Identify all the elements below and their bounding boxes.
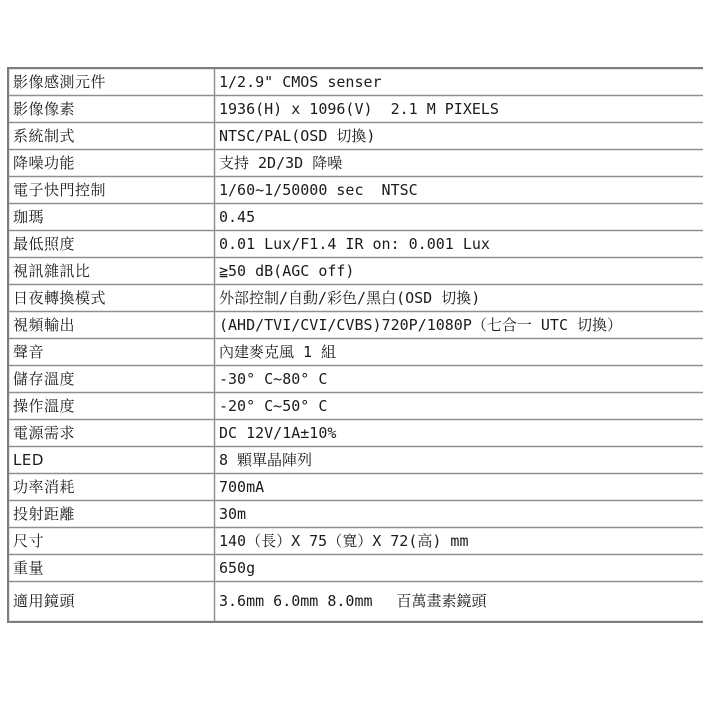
spec-label: 功率消耗 <box>8 474 215 501</box>
camera-spec-table: 影像感測元件1/2.9" CMOS senser影像像素1936(H) x 10… <box>7 67 703 623</box>
spec-value: 1936(H) x 1096(V) 2.1 M PIXELS <box>215 96 703 123</box>
table-row: 投射距離30m <box>8 501 703 528</box>
spec-value: 700mA <box>215 474 703 501</box>
table-row: 降噪功能支持 2D/3D 降噪 <box>8 150 703 177</box>
spec-label: 最低照度 <box>8 231 215 258</box>
spec-label: 視訊雜訊比 <box>8 258 215 285</box>
table-row: 尺寸140（長）X 75（寬）X 72(高) mm <box>8 528 703 555</box>
spec-value: 1/2.9" CMOS senser <box>215 68 703 96</box>
spec-value: 140（長）X 75（寬）X 72(高) mm <box>215 528 703 555</box>
spec-label: 影像感測元件 <box>8 68 215 96</box>
table-row: 重量650g <box>8 555 703 582</box>
spec-label: 重量 <box>8 555 215 582</box>
table-row: 適用鏡頭3.6mm 6.0mm 8.0mm 百萬畫素鏡頭 <box>8 582 703 623</box>
spec-label: 儲存溫度 <box>8 366 215 393</box>
spec-label: 降噪功能 <box>8 150 215 177</box>
table-row: 電源需求DC 12V/1A±10% <box>8 420 703 447</box>
table-row: 日夜轉換模式外部控制/自動/彩色/黑白(OSD 切換) <box>8 285 703 312</box>
spec-value: ≧50 dB(AGC off) <box>215 258 703 285</box>
table-row: 視頻輸出(AHD/TVI/CVI/CVBS)720P/1080P（七合一 UTC… <box>8 312 703 339</box>
table-row: 視訊雜訊比≧50 dB(AGC off) <box>8 258 703 285</box>
spec-value: DC 12V/1A±10% <box>215 420 703 447</box>
spec-value: (AHD/TVI/CVI/CVBS)720P/1080P（七合一 UTC 切換） <box>215 312 703 339</box>
table-row: 系統制式NTSC/PAL(OSD 切換) <box>8 123 703 150</box>
spec-label: 電源需求 <box>8 420 215 447</box>
spec-value: 1/60~1/50000 sec NTSC <box>215 177 703 204</box>
spec-value: 外部控制/自動/彩色/黑白(OSD 切換) <box>215 285 703 312</box>
spec-label: 系統制式 <box>8 123 215 150</box>
spec-label: 適用鏡頭 <box>8 582 215 623</box>
spec-label: 視頻輸出 <box>8 312 215 339</box>
table-row: LED8 顆單晶陣列 <box>8 447 703 474</box>
spec-table-body: 影像感測元件1/2.9" CMOS senser影像像素1936(H) x 10… <box>8 68 703 622</box>
spec-label: 尺寸 <box>8 528 215 555</box>
spec-value: 3.6mm 6.0mm 8.0mm 百萬畫素鏡頭 <box>215 582 703 623</box>
spec-value: 0.45 <box>215 204 703 231</box>
table-row: 珈瑪0.45 <box>8 204 703 231</box>
table-row: 功率消耗700mA <box>8 474 703 501</box>
spec-value: NTSC/PAL(OSD 切換) <box>215 123 703 150</box>
spec-value: 8 顆單晶陣列 <box>215 447 703 474</box>
spec-label: 聲音 <box>8 339 215 366</box>
page: 影像感測元件1/2.9" CMOS senser影像像素1936(H) x 10… <box>0 0 703 703</box>
spec-value: -30° C~80° C <box>215 366 703 393</box>
table-row: 操作溫度-20° C~50° C <box>8 393 703 420</box>
spec-value: 0.01 Lux/F1.4 IR on: 0.001 Lux <box>215 231 703 258</box>
table-row: 聲音內建麥克風 1 組 <box>8 339 703 366</box>
spec-label: 投射距離 <box>8 501 215 528</box>
spec-label: 影像像素 <box>8 96 215 123</box>
spec-value: 650g <box>215 555 703 582</box>
spec-value: 支持 2D/3D 降噪 <box>215 150 703 177</box>
spec-label: 操作溫度 <box>8 393 215 420</box>
table-row: 儲存溫度-30° C~80° C <box>8 366 703 393</box>
spec-value: 內建麥克風 1 組 <box>215 339 703 366</box>
spec-label: LED <box>8 447 215 474</box>
spec-label: 日夜轉換模式 <box>8 285 215 312</box>
table-row: 影像像素1936(H) x 1096(V) 2.1 M PIXELS <box>8 96 703 123</box>
spec-value: -20° C~50° C <box>215 393 703 420</box>
spec-label: 電子快門控制 <box>8 177 215 204</box>
table-row: 最低照度0.01 Lux/F1.4 IR on: 0.001 Lux <box>8 231 703 258</box>
table-row: 電子快門控制1/60~1/50000 sec NTSC <box>8 177 703 204</box>
spec-value: 30m <box>215 501 703 528</box>
table-row: 影像感測元件1/2.9" CMOS senser <box>8 68 703 96</box>
spec-label: 珈瑪 <box>8 204 215 231</box>
